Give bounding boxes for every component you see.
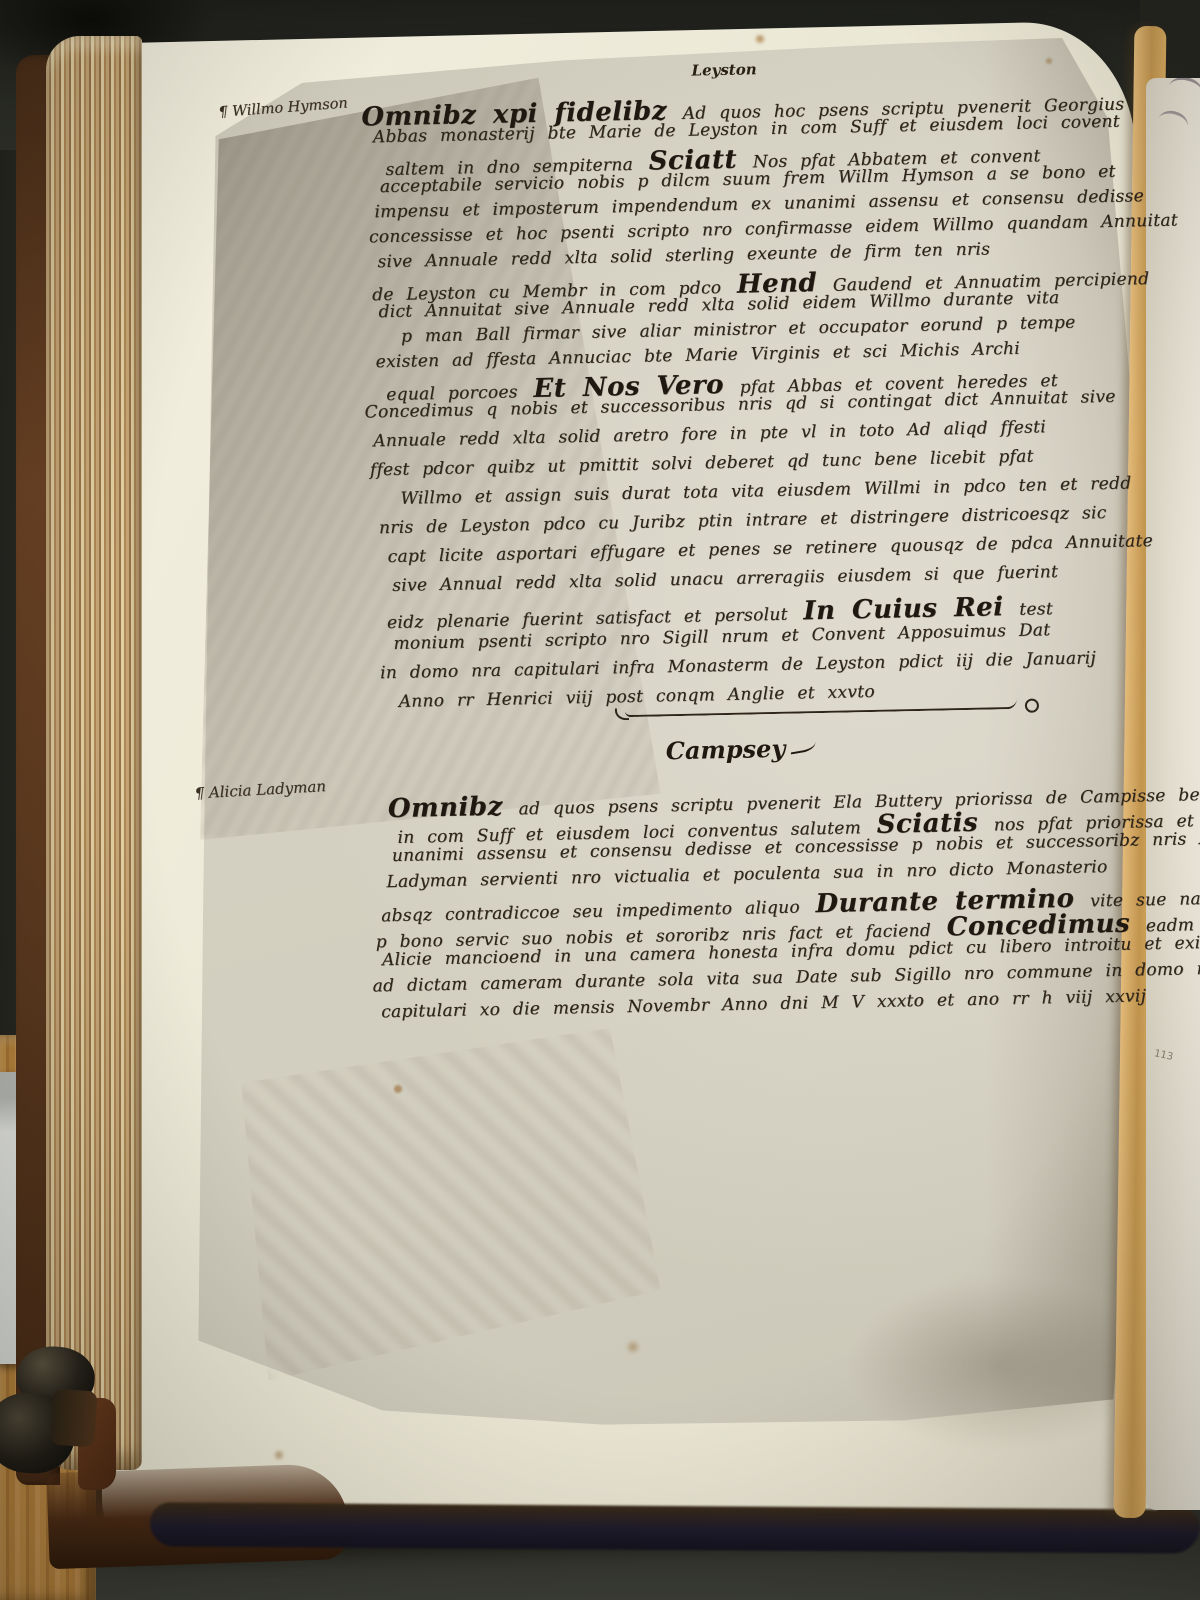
page-stain-bottom-right bbox=[850, 1280, 1150, 1450]
cover-bottom-edge bbox=[150, 1502, 1200, 1553]
metal-clasp bbox=[0, 1342, 105, 1489]
entry1-heading: Leyston bbox=[691, 60, 756, 79]
foxing-spots bbox=[0, 0, 6, 6]
entry2-text-block: Omnibz ad quos psens scriptu pvenerit El… bbox=[385, 775, 1200, 1028]
entry1-text-block: Omnibz xpi fidelibz Ad quos hoc psens sc… bbox=[358, 86, 1188, 722]
book-fore-edge bbox=[46, 36, 142, 1470]
handwritten-text-layer: Leyston ¶ Willmo Hymson Omnibz xpi fidel… bbox=[340, 78, 1181, 1095]
clasp-stem bbox=[50, 1389, 98, 1448]
photographed-manuscript-scene: 113 Leyston ¶ Willmo Hymson Omnibz xpi f… bbox=[0, 0, 1200, 1600]
entry2-heading: Campsey bbox=[666, 733, 816, 765]
